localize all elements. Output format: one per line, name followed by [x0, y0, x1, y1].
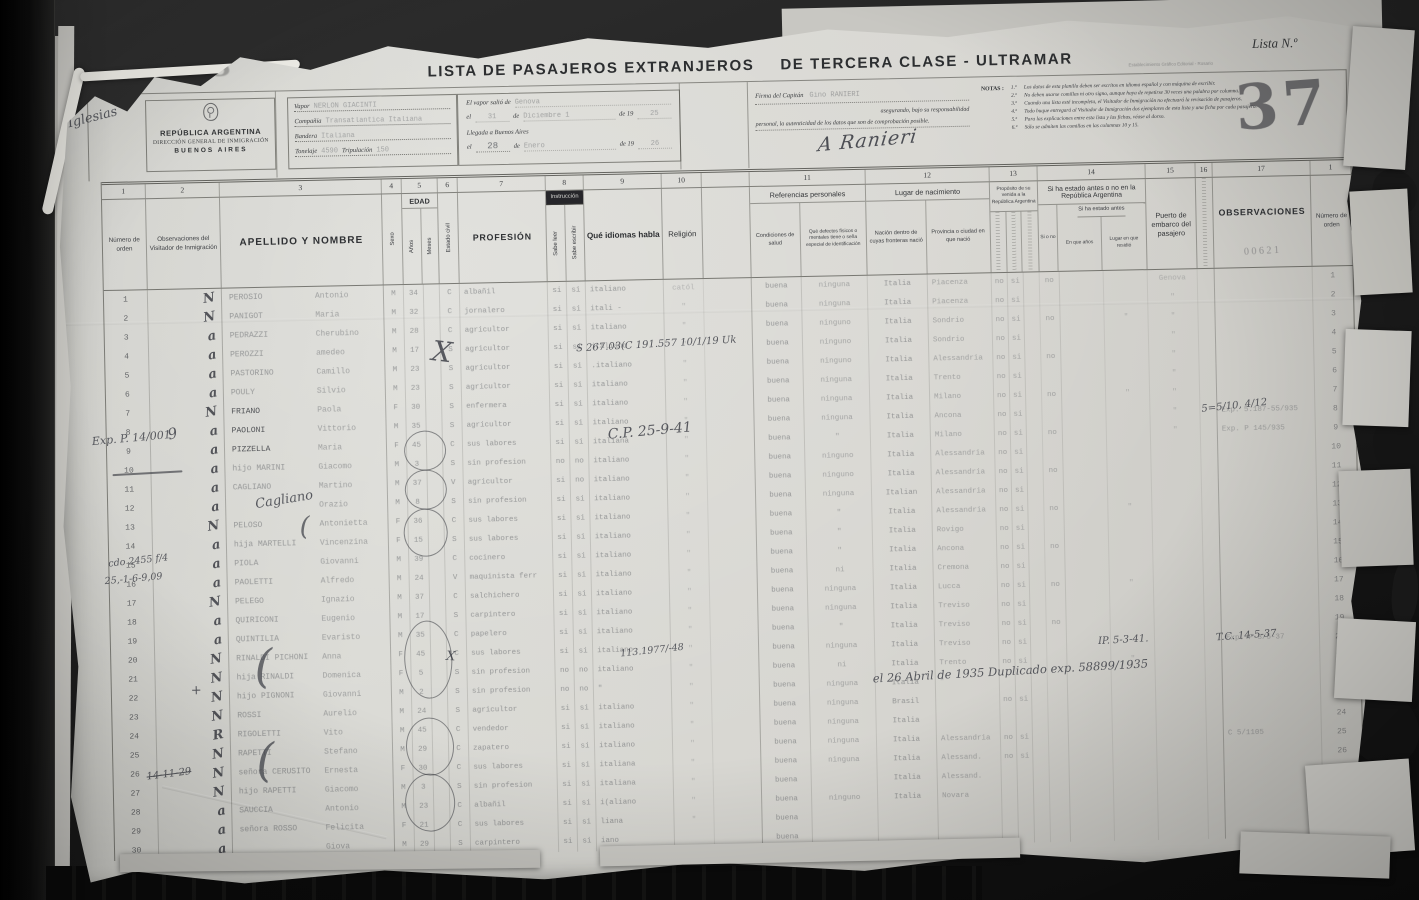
- cell-ea: [1064, 480, 1108, 500]
- cell-o: 7: [106, 404, 150, 424]
- cell-mk: N: [156, 688, 230, 708]
- cell-pu: [1154, 573, 1204, 593]
- cell-lr: [1112, 669, 1156, 689]
- cell-q3: [1029, 557, 1045, 576]
- cell-o2: 26: [1322, 741, 1362, 761]
- cell-o2: 3: [1313, 304, 1353, 324]
- cell-pv: Piacenza: [928, 292, 992, 312]
- cell-x6: [1203, 535, 1220, 554]
- cell-ec: C: [449, 721, 469, 740]
- cell-se: si: [577, 775, 596, 794]
- cell-sx: M: [384, 285, 404, 304]
- cell-bl: [705, 335, 753, 355]
- cell-sl: no: [556, 681, 575, 700]
- cell-df: ninguna: [811, 751, 877, 771]
- cell-id: italiano: [588, 413, 666, 434]
- cell-sn: [1050, 804, 1070, 823]
- cell-id: itali -: [586, 299, 664, 320]
- cell-q3: [1030, 576, 1046, 595]
- cell-am: [431, 664, 447, 683]
- cell-ec: S: [448, 702, 468, 721]
- cell-q1: no: [992, 292, 1008, 311]
- cell-q1: no: [999, 653, 1015, 672]
- cell-x6: [1206, 706, 1223, 725]
- cell-rl: ": [666, 393, 706, 413]
- cell-ec: S: [448, 683, 468, 702]
- cell-sn: [1048, 671, 1068, 690]
- departure-day: 31: [475, 113, 509, 123]
- cell-sn: [1042, 405, 1062, 424]
- cell-q3: [1027, 424, 1043, 443]
- cell-x6: [1199, 345, 1216, 364]
- col-num: 11: [750, 170, 866, 186]
- cell-na: Italia: [875, 616, 935, 636]
- col-num: 10: [662, 173, 702, 188]
- cell-rl: ": [666, 374, 706, 394]
- cell-na: Italia: [871, 464, 931, 484]
- captain-text-1: asegurando, bajo su responsabilidad: [755, 107, 969, 117]
- header-instruccion: Instrucción: [546, 190, 583, 205]
- cell-o: 14: [109, 537, 153, 557]
- cell-ay: 17: [410, 608, 430, 627]
- cell-pf: sus labores: [465, 529, 553, 550]
- cell-pf: sin profesion: [464, 491, 552, 512]
- cell-lr: ": [1110, 574, 1154, 594]
- cell-pv: Alessand.: [937, 748, 1001, 768]
- header-observaciones-visitador: Observaciones del Visitador de Inmigraci…: [146, 198, 221, 289]
- cell-o: 13: [108, 518, 152, 538]
- cell-q2: [1016, 710, 1032, 729]
- cell-ob: [1219, 476, 1317, 497]
- cell-na: Italia: [873, 559, 933, 579]
- cell-na: Italia: [875, 635, 935, 655]
- cell-am: [429, 569, 445, 588]
- cell-ob: [1220, 552, 1318, 573]
- cell-ec: C: [449, 759, 469, 778]
- nota-num: 2.ª: [1011, 93, 1021, 101]
- cell-am: [432, 683, 448, 702]
- cell-lr: [1110, 593, 1154, 613]
- cell-id: ": [594, 679, 672, 700]
- col-num: 5: [402, 178, 438, 193]
- cell-pf: agricultor: [462, 377, 550, 398]
- cell-sl: si: [549, 358, 568, 377]
- cell-q2: si: [1009, 330, 1025, 349]
- cell-mk: R: [157, 726, 231, 746]
- cell-id: italiano: [589, 451, 667, 472]
- cell-q2: si: [1015, 634, 1031, 653]
- cell-am: [433, 740, 449, 759]
- passenger-list-sheet: 43 Iglesias LISTA DE PASAJEROS EXTRANJER…: [48, 1, 1377, 891]
- header-nacion: Nación dentro de cuyas fronteras nació: [867, 229, 926, 247]
- cell-ea: [1060, 290, 1104, 310]
- cell-ea: [1070, 765, 1114, 785]
- tonelaje-field: Tonelaje4590Tripulación150: [295, 145, 451, 157]
- cell-sx: M: [384, 304, 404, 323]
- cell-df: ninguna: [810, 694, 876, 714]
- cell-se: si: [575, 699, 594, 718]
- cell-x6: [1208, 763, 1225, 782]
- compania-label: Compañía: [294, 118, 321, 126]
- cell-q1: no: [999, 634, 1015, 653]
- cell-ea: [1063, 423, 1107, 443]
- arrival-day: 28: [476, 141, 510, 153]
- cell-q1: [1000, 672, 1016, 691]
- cell-na: [878, 806, 938, 826]
- header-lugar-residio: Lugar en que residió: [1102, 236, 1146, 251]
- cell-sa: buena: [752, 277, 802, 297]
- cell-o: 19: [111, 632, 155, 652]
- cell-df: ": [807, 542, 873, 562]
- cell-q1: no: [997, 520, 1013, 539]
- cell-ea: [1060, 271, 1104, 291]
- cell-ec: C: [447, 626, 467, 645]
- cell-q3: [1034, 785, 1050, 804]
- cell-q1: no: [995, 425, 1011, 444]
- cell-pu: [1156, 706, 1206, 726]
- header-sexo: Sexo: [389, 233, 395, 246]
- cell-sl: si: [557, 738, 576, 757]
- cell-ay: 17: [405, 342, 425, 361]
- cell-pv: ": [936, 672, 1000, 692]
- cell-se: si: [567, 319, 586, 338]
- cell-ob: [1222, 647, 1320, 668]
- cell-se: si: [578, 832, 597, 851]
- cell-ea: [1069, 727, 1113, 747]
- cell-ec: S: [441, 360, 461, 379]
- cell-df: ": [805, 428, 871, 448]
- cell-ea: [1064, 499, 1108, 519]
- cell-pf: agricultor: [468, 700, 556, 721]
- cell-ea: [1065, 556, 1109, 576]
- cell-q3: [1032, 671, 1048, 690]
- header-provincia: Provincia o ciudad en que nació: [926, 227, 990, 245]
- cell-ec: S: [444, 493, 464, 512]
- cell-rl: ": [667, 450, 707, 470]
- cell-q2: si: [1014, 577, 1030, 596]
- cell-q1: no: [995, 444, 1011, 463]
- cell-o: 22: [112, 689, 156, 709]
- cell-lr: [1105, 346, 1149, 366]
- cell-lr: [1113, 745, 1157, 765]
- cell-sn: [1049, 728, 1069, 747]
- cell-x6: [1207, 744, 1224, 763]
- cell-am: [431, 645, 447, 664]
- cell-id: italiano: [590, 489, 668, 510]
- cell-q1: no: [998, 596, 1014, 615]
- cell-lr: [1114, 783, 1158, 803]
- cell-rl: ": [671, 659, 711, 679]
- cell-ea: [1069, 746, 1113, 766]
- cell-na: Italia: [870, 407, 930, 427]
- cell-na: Italia: [875, 654, 935, 674]
- cell-o: 3: [105, 328, 149, 348]
- header-anos: Años: [409, 240, 415, 253]
- cell-sl: si: [549, 339, 568, 358]
- cell-ay: 45: [407, 437, 427, 456]
- cell-ea: [1067, 632, 1111, 652]
- cell-ay: 29: [413, 741, 433, 760]
- col-num: 6: [438, 178, 458, 192]
- cell-x6: [1205, 630, 1222, 649]
- cell-q3: [1024, 272, 1040, 291]
- cell-pf: sin profesion: [463, 453, 551, 474]
- el-label: el: [467, 144, 472, 151]
- cell-ay: 24: [409, 570, 429, 589]
- cell-se: si: [571, 509, 590, 528]
- cell-sl: si: [555, 624, 574, 643]
- cell-q3: [1026, 386, 1042, 405]
- cell-sn: [1050, 766, 1070, 785]
- cell-ay: 5: [411, 665, 431, 684]
- cell-sn: [1045, 557, 1065, 576]
- cell-bl: [709, 563, 757, 583]
- cell-mk: N: [154, 593, 228, 613]
- cell-q2: si: [1015, 653, 1031, 672]
- cell-df: ninguna: [810, 713, 876, 733]
- cell-df: ninguno: [803, 333, 869, 353]
- cell-mk: a: [158, 821, 232, 841]
- cell-bl: [711, 639, 759, 659]
- cell-q3: [1029, 538, 1045, 557]
- cell-ay: 34: [404, 285, 424, 304]
- cell-pu: ": [1149, 345, 1199, 365]
- cell-bl: [708, 487, 756, 507]
- cell-sx: M: [394, 779, 414, 798]
- col-num: 13: [990, 166, 1038, 181]
- cell-na: Italia: [873, 521, 933, 541]
- cell-ay: 24: [412, 703, 432, 722]
- cell-bl: [708, 468, 756, 488]
- col-num: 7: [458, 176, 546, 192]
- cell-am: [426, 417, 442, 436]
- cell-pu: [1156, 668, 1206, 688]
- cell-lr: ": [1106, 384, 1150, 404]
- cell-se: si: [571, 490, 590, 509]
- cell-ob: [1216, 343, 1314, 364]
- cell-mk: a: [152, 498, 226, 518]
- cell-sx: M: [392, 684, 412, 703]
- cell-ea: [1061, 347, 1105, 367]
- cell-id: italiano: [594, 698, 672, 719]
- cell-q3: [1035, 823, 1051, 842]
- cell-rl: ": [669, 545, 709, 565]
- cell-df: [812, 770, 878, 790]
- cell-bl: [708, 506, 756, 526]
- cell-am: [432, 702, 448, 721]
- cell-o: 5: [105, 366, 149, 386]
- cell-rl: ": [666, 412, 706, 432]
- cell-df: ninguna: [802, 295, 868, 315]
- cell-ob: [1215, 305, 1313, 326]
- cell-q2: si: [1013, 558, 1029, 577]
- cell-bl: [710, 601, 758, 621]
- nota-num: 3.ª: [1011, 100, 1021, 108]
- cell-rl: ": [674, 792, 714, 812]
- cell-x6: [1206, 668, 1223, 687]
- cell-am: [434, 816, 450, 835]
- cell-ea: [1068, 670, 1112, 690]
- cell-x6: [1198, 307, 1215, 326]
- cell-o: 29: [114, 822, 158, 842]
- cell-ea: [1071, 822, 1115, 842]
- cell-o: 6: [106, 385, 150, 405]
- cell-q3: [1032, 709, 1048, 728]
- cell-se: si: [569, 376, 588, 395]
- cell-se: no: [574, 661, 593, 680]
- nota-num: 1.ª: [1011, 85, 1021, 93]
- cell-id: italiana: [589, 432, 667, 453]
- cell-sl: si: [558, 814, 577, 833]
- cell-na: Italia: [878, 787, 938, 807]
- cell-rl: ": [672, 716, 712, 736]
- header-meses: Meses: [427, 237, 433, 254]
- cell-sx: M: [385, 361, 405, 380]
- header-proposito: Propósito de su venida a la República Ar…: [990, 186, 1037, 207]
- cell-pu: [1158, 801, 1208, 821]
- cell-se: si: [572, 566, 591, 585]
- cell-ob: [1216, 324, 1314, 345]
- cell-mk: a: [158, 802, 232, 822]
- cell-am: [425, 341, 441, 360]
- cell-ay: 2: [412, 684, 432, 703]
- sailed-from-value: Genova: [515, 96, 672, 108]
- cell-mk: N: [158, 783, 232, 803]
- cell-df: ": [806, 504, 872, 524]
- cell-q2: si: [1012, 501, 1028, 520]
- col-num: 17: [1212, 161, 1310, 177]
- arrival-month: Enero: [524, 141, 616, 152]
- cell-am: [433, 721, 449, 740]
- col-num: 8: [546, 175, 584, 190]
- cell-q2: si: [1010, 368, 1026, 387]
- cell-pv: Alessandria: [931, 463, 995, 483]
- cell-rl: ": [668, 488, 708, 508]
- cell-sl: si: [556, 700, 575, 719]
- cell-na: Italia: [871, 445, 931, 465]
- cell-sl: si: [552, 491, 571, 510]
- cell-ay: 3: [414, 779, 434, 798]
- cell-q1: no: [992, 311, 1008, 330]
- cell-ay: 45: [413, 722, 433, 741]
- cell-lr: [1107, 460, 1151, 480]
- cell-sx: M: [386, 418, 406, 437]
- cell-pv: Alessand.: [938, 767, 1002, 787]
- cell-rl: ": [667, 431, 707, 451]
- cell-ay: 45: [411, 646, 431, 665]
- cell-sl: si: [558, 795, 577, 814]
- cell-pf: salchichero: [466, 586, 554, 607]
- cell-ea: [1061, 328, 1105, 348]
- cell-rl: ": [673, 754, 713, 774]
- captain-typed-name: Gino RANIERI: [809, 91, 860, 100]
- cell-sa: buena: [757, 562, 807, 582]
- cell-q1: no: [993, 349, 1009, 368]
- header-blank-column: [702, 187, 752, 278]
- cell-ea: [1066, 594, 1110, 614]
- cell-q1: no: [998, 615, 1014, 634]
- cell-sn: no: [1045, 538, 1065, 557]
- cell-sx: M: [388, 475, 408, 494]
- cell-sl: si: [553, 529, 572, 548]
- header-sabe-leer: Sabe leer: [552, 230, 558, 255]
- cell-sl: si: [550, 377, 569, 396]
- cell-id: italiano: [586, 280, 664, 301]
- cell-sa: buena: [754, 391, 804, 411]
- cell-pu: [1158, 763, 1208, 783]
- vapor-field: VaporNERLON GIACINTI: [294, 100, 450, 112]
- cell-lr: [1114, 764, 1158, 784]
- cell-q1: no: [996, 501, 1012, 520]
- cell-mk: N: [155, 669, 229, 689]
- cell-x6: [1203, 516, 1220, 535]
- cell-q3: [1030, 595, 1046, 614]
- cell-sn: [1041, 329, 1061, 348]
- cell-x6: [1198, 269, 1215, 288]
- cell-sx: M: [386, 380, 406, 399]
- printer-credit: Establecimiento Gráfico Editorial - Rosa…: [1128, 61, 1213, 68]
- de-label: de: [513, 113, 519, 120]
- cell-lr: [1104, 270, 1148, 290]
- cell-pu: [1152, 497, 1202, 517]
- office-name: DIRECCIÓN GENERAL DE INMIGRACIÓN: [147, 138, 275, 147]
- torn-paper-scrap: [1334, 618, 1416, 702]
- cell-se: si: [574, 623, 593, 642]
- cell-na: Italia: [870, 369, 930, 389]
- cell-mk: a: [154, 612, 228, 632]
- cell-na: Italia: [877, 749, 937, 769]
- cell-pu: [1153, 516, 1203, 536]
- cell-o: 9: [107, 442, 151, 462]
- cell-rl: catól: [664, 279, 704, 299]
- cell-x6: [1204, 611, 1221, 630]
- cell-se: no: [570, 452, 589, 471]
- cell-sx: M: [393, 741, 413, 760]
- cell-o: 2: [104, 309, 148, 329]
- cell-ec: S: [442, 398, 462, 417]
- cell-ob: Exp. P 145/935: [1218, 419, 1316, 440]
- cell-q1: no: [994, 406, 1010, 425]
- cell-mk: N: [148, 308, 222, 328]
- cell-sx: M: [394, 798, 414, 817]
- cell-lr: [1112, 688, 1156, 708]
- cell-id: italiano: [590, 470, 668, 491]
- cell-se: si: [572, 528, 591, 547]
- cell-id: italiana: [596, 774, 674, 795]
- cell-o: 17: [110, 594, 154, 614]
- cell-o2: 10: [1316, 437, 1356, 457]
- cell-ec: V: [444, 474, 464, 493]
- cell-sa: buena: [756, 505, 806, 525]
- cell-mk: a: [153, 536, 227, 556]
- cell-pu: [1153, 535, 1203, 555]
- cell-df: ninguno: [802, 314, 868, 334]
- cell-q2: si: [1008, 292, 1024, 311]
- cell-ec: S: [441, 341, 461, 360]
- cell-ob: [1215, 267, 1313, 288]
- cell-pf: agricultor: [461, 358, 549, 379]
- cell-q2: si: [1010, 387, 1026, 406]
- cell-pf: sus labores: [463, 434, 551, 455]
- cell-mk: N: [157, 745, 231, 765]
- cell-am: [424, 284, 440, 303]
- col-num: [702, 172, 750, 187]
- cell-na: Italia: [873, 540, 933, 560]
- cell-pv: Piacenza: [928, 273, 992, 293]
- cell-ay: 32: [404, 304, 424, 323]
- cell-pv: Milano: [930, 387, 994, 407]
- cell-sx: M: [390, 608, 410, 627]
